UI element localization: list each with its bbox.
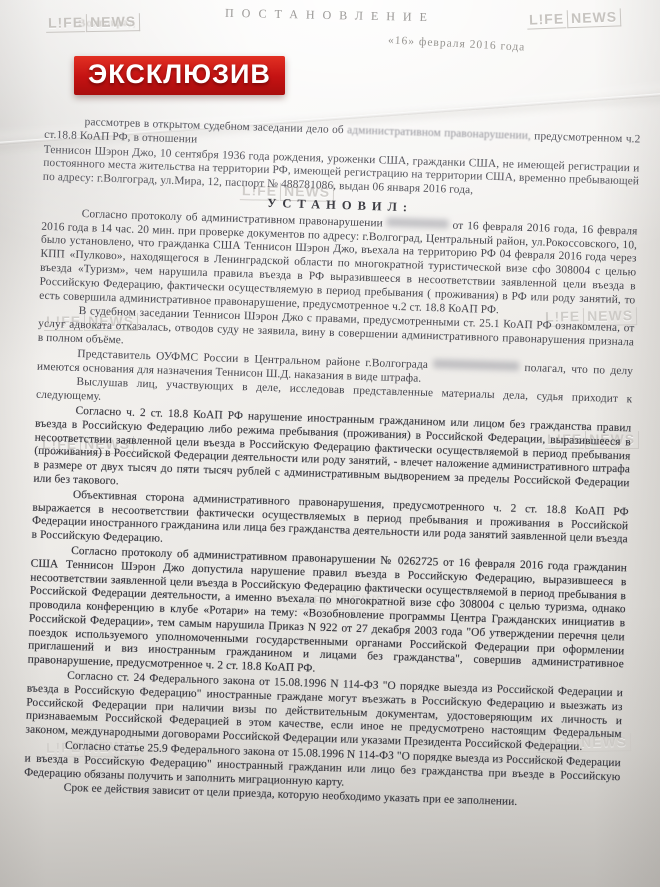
paragraph-protocol-1: Согласно протоколу об административном п… [39, 207, 638, 322]
watermark-news: NEWS [86, 13, 140, 32]
redacted-text [387, 217, 449, 228]
watermark-life: L!FE [46, 14, 85, 33]
redacted-text [433, 359, 519, 371]
watermark-news: NEWS [567, 8, 622, 28]
text-segment: от 16 февраля 2016 года, 16 февраля 2016… [39, 219, 638, 315]
photographed-court-ruling: ПОСТАНОВЛЕНИЕ «16» февраля 2016 года Вол… [0, 0, 660, 887]
lifenews-watermark: L!FENEWS [527, 8, 622, 27]
exclusive-badge-label: ЭКСКЛЮЗИВ [88, 59, 271, 89]
watermark-life: L!FE [527, 10, 567, 29]
document-date: «16» февраля 2016 года [388, 34, 526, 53]
exclusive-badge: ЭКСКЛЮЗИВ [74, 56, 285, 95]
lifenews-watermark: L!FENEWS [46, 13, 140, 31]
paragraph-protocol-2: Согласно протоколу об административном п… [27, 544, 627, 687]
document-body: рассмотрев в открытом судебном заседании… [23, 115, 640, 815]
text-segment: административном правонарушении, [347, 124, 531, 142]
text-segment: Согласно протоколу об административном п… [28, 545, 628, 675]
